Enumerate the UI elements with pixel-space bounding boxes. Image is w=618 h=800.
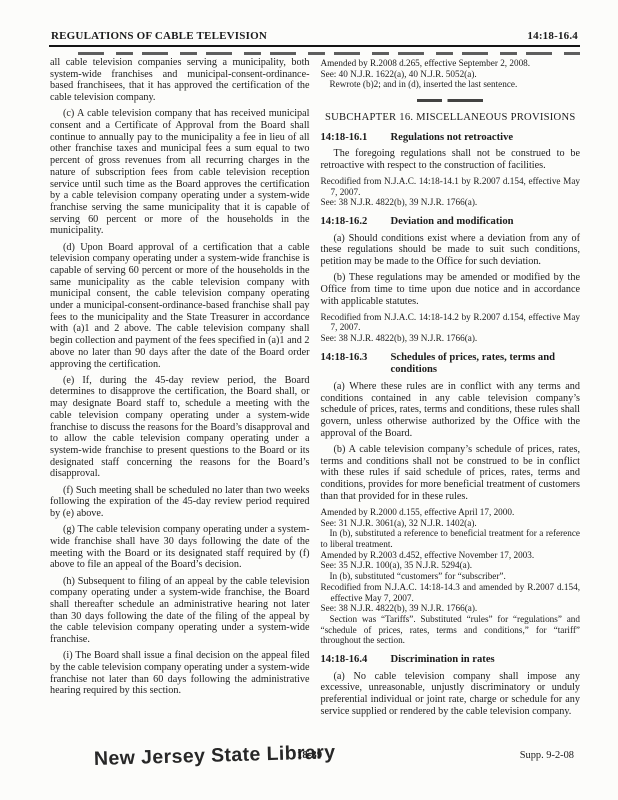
note-line: Rewrote (b)2; and in (d), inserted the l…	[321, 79, 581, 90]
section-title: Deviation and modification	[391, 216, 581, 229]
section-16-3-paragraph-b: (b) A cable television company’s schedul…	[321, 444, 581, 503]
running-head: REGULATIONS OF CABLE TELEVISION 14:18-16…	[51, 30, 578, 42]
section-heading-16-4: 14:18-16.4 Discrimination in rates	[321, 654, 581, 667]
section-16-1-paragraph: The foregoing regulations shall not be c…	[321, 148, 581, 171]
note-line: See: 35 N.J.R. 100(a), 35 N.J.R. 5294(a)…	[321, 560, 581, 571]
paragraph-g: (g) The cable television company operati…	[50, 524, 310, 571]
note-line: In (b), substituted “customers” for “sub…	[321, 571, 581, 582]
note-line: In (b), substituted a reference to benef…	[321, 528, 581, 549]
right-column: Amended by R.2008 d.265, effective Septe…	[321, 57, 581, 722]
paragraph-i: (i) The Board shall issue a final decisi…	[50, 650, 310, 697]
scanned-document-page: REGULATIONS OF CABLE TELEVISION 14:18-16…	[0, 0, 618, 800]
paragraph-e: (e) If, during the 45-day review period,…	[50, 375, 310, 480]
running-head-title: REGULATIONS OF CABLE TELEVISION	[51, 30, 267, 42]
section-16-1-notes: Recodified from N.J.A.C. 14:18-14.1 by R…	[321, 176, 581, 208]
paragraph-h: (h) Subsequent to filing of an appeal by…	[50, 576, 310, 646]
page-number: 18-39	[297, 750, 322, 761]
paragraph-f: (f) Such meeting shall be scheduled no l…	[50, 485, 310, 520]
history-note-top: Amended by R.2008 d.265, effective Septe…	[321, 58, 581, 90]
section-title: Schedules of prices, rates, terms and co…	[391, 352, 581, 377]
note-line: See: 38 N.J.R. 4822(b), 39 N.J.R. 1766(a…	[321, 333, 581, 344]
section-16-4-paragraph-a: (a) No cable television company shall im…	[321, 671, 581, 718]
note-line: See: 31 N.J.R. 3061(a), 32 N.J.R. 1402(a…	[321, 518, 581, 529]
section-16-3-paragraph-a: (a) Where these rules are in conflict wi…	[321, 381, 581, 440]
paragraph-continuation: all cable television companies serving a…	[50, 57, 310, 104]
note-line: Recodified from N.J.A.C. 14:18-14.2 by R…	[321, 312, 581, 333]
note-line: Amended by R.2000 d.155, effective April…	[321, 507, 581, 518]
left-column: all cable television companies serving a…	[50, 57, 310, 722]
note-line: See: 38 N.J.R. 4822(b), 39 N.J.R. 1766(a…	[321, 197, 581, 208]
paragraph-d: (d) Upon Board approval of a certificati…	[50, 242, 310, 371]
section-divider	[417, 99, 483, 101]
section-16-2-paragraph-b: (b) These regulations may be amended or …	[321, 272, 581, 307]
note-line: See: 40 N.J.R. 1622(a), 40 N.J.R. 5052(a…	[321, 69, 581, 80]
section-number: 14:18-16.1	[321, 132, 391, 145]
section-number: 14:18-16.3	[321, 352, 391, 377]
header-rule	[49, 45, 580, 47]
section-title: Regulations not retroactive	[391, 132, 581, 145]
two-column-body: all cable television companies serving a…	[50, 57, 580, 722]
section-16-2-paragraph-a: (a) Should conditions exist where a devi…	[321, 233, 581, 268]
section-heading-16-1: 14:18-16.1 Regulations not retroactive	[321, 132, 581, 145]
running-head-section-ref: 14:18-16.4	[527, 30, 578, 42]
section-heading-16-3: 14:18-16.3 Schedules of prices, rates, t…	[321, 352, 581, 377]
section-number: 14:18-16.4	[321, 654, 391, 667]
paragraph-c: (c) A cable television company that has …	[50, 108, 310, 237]
note-line: Section was “Tariffs”. Substituted “rule…	[321, 614, 581, 646]
note-line: Amended by R.2008 d.265, effective Septe…	[321, 58, 581, 69]
header-rule-smudge	[78, 52, 580, 55]
section-title: Discrimination in rates	[391, 654, 581, 667]
note-line: Recodified from N.J.A.C. 14:18-14.3 and …	[321, 582, 581, 603]
note-line: See: 38 N.J.R. 4822(b), 39 N.J.R. 1766(a…	[321, 603, 581, 614]
note-line: Amended by R.2003 d.452, effective Novem…	[321, 550, 581, 561]
section-16-3-notes: Amended by R.2000 d.155, effective April…	[321, 507, 581, 646]
subchapter-heading: SUBCHAPTER 16. MISCELLANEOUS PROVISIONS	[321, 112, 581, 123]
section-16-2-notes: Recodified from N.J.A.C. 14:18-14.2 by R…	[321, 312, 581, 344]
supplement-date: Supp. 9-2-08	[520, 750, 574, 761]
section-heading-16-2: 14:18-16.2 Deviation and modification	[321, 216, 581, 229]
section-number: 14:18-16.2	[321, 216, 391, 229]
note-line: Recodified from N.J.A.C. 14:18-14.1 by R…	[321, 176, 581, 197]
